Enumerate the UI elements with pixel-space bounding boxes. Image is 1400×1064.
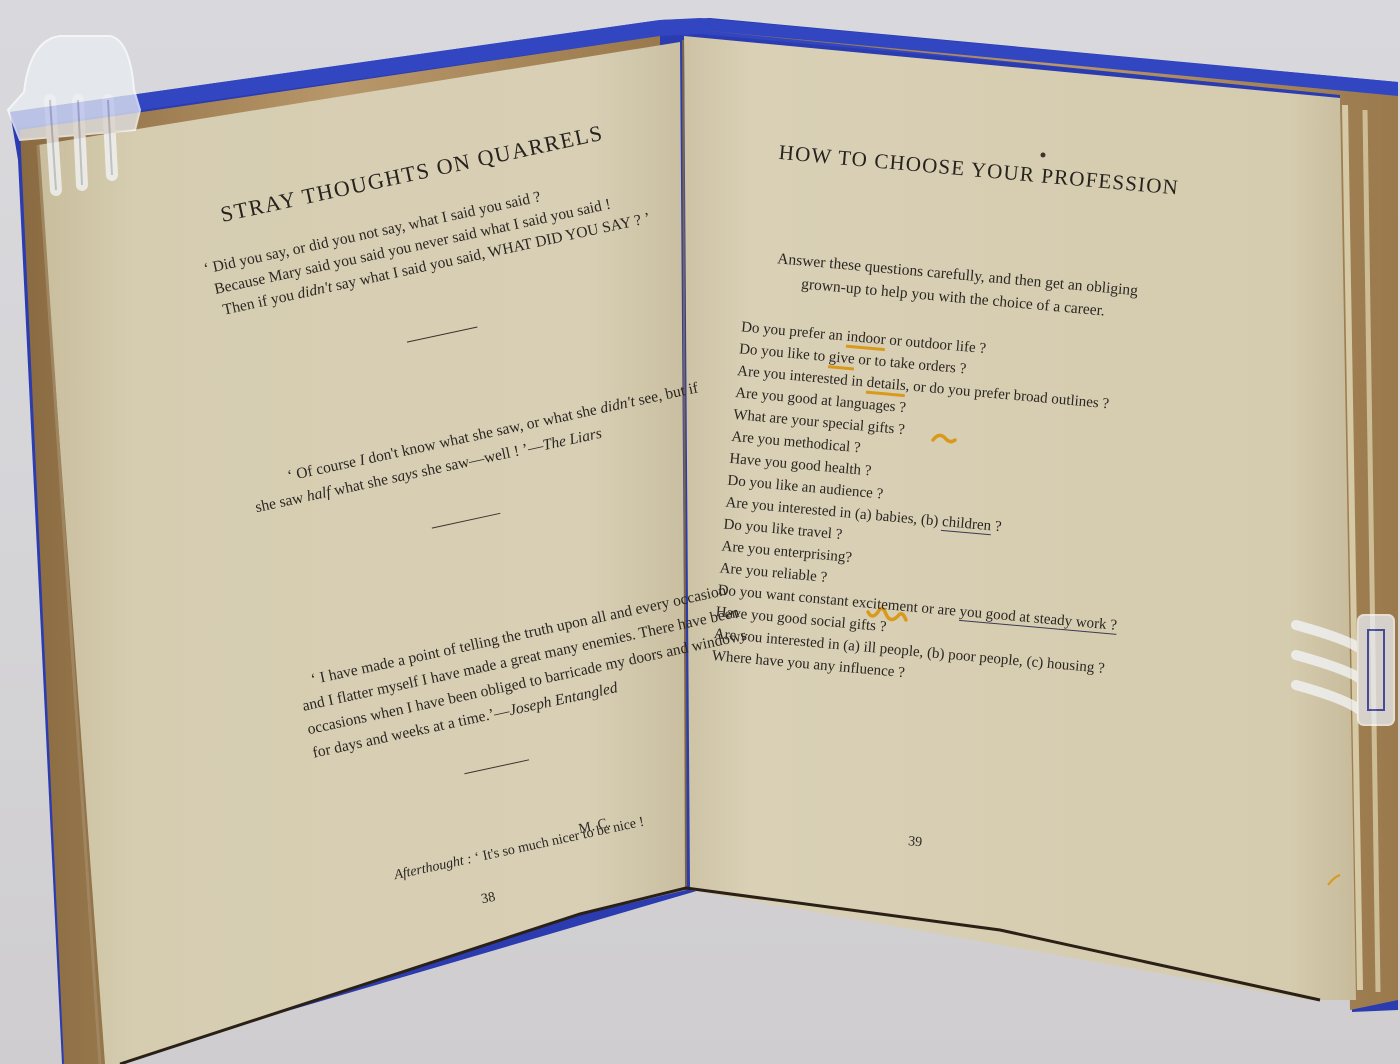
right-page-number: 39 (907, 834, 922, 851)
open-book-illustration (0, 0, 1400, 1064)
left-page-number: 38 (480, 890, 497, 909)
book-photo: STRAY THOUGHTS ON QUARRELS ‘ Did you say… (0, 0, 1400, 1064)
